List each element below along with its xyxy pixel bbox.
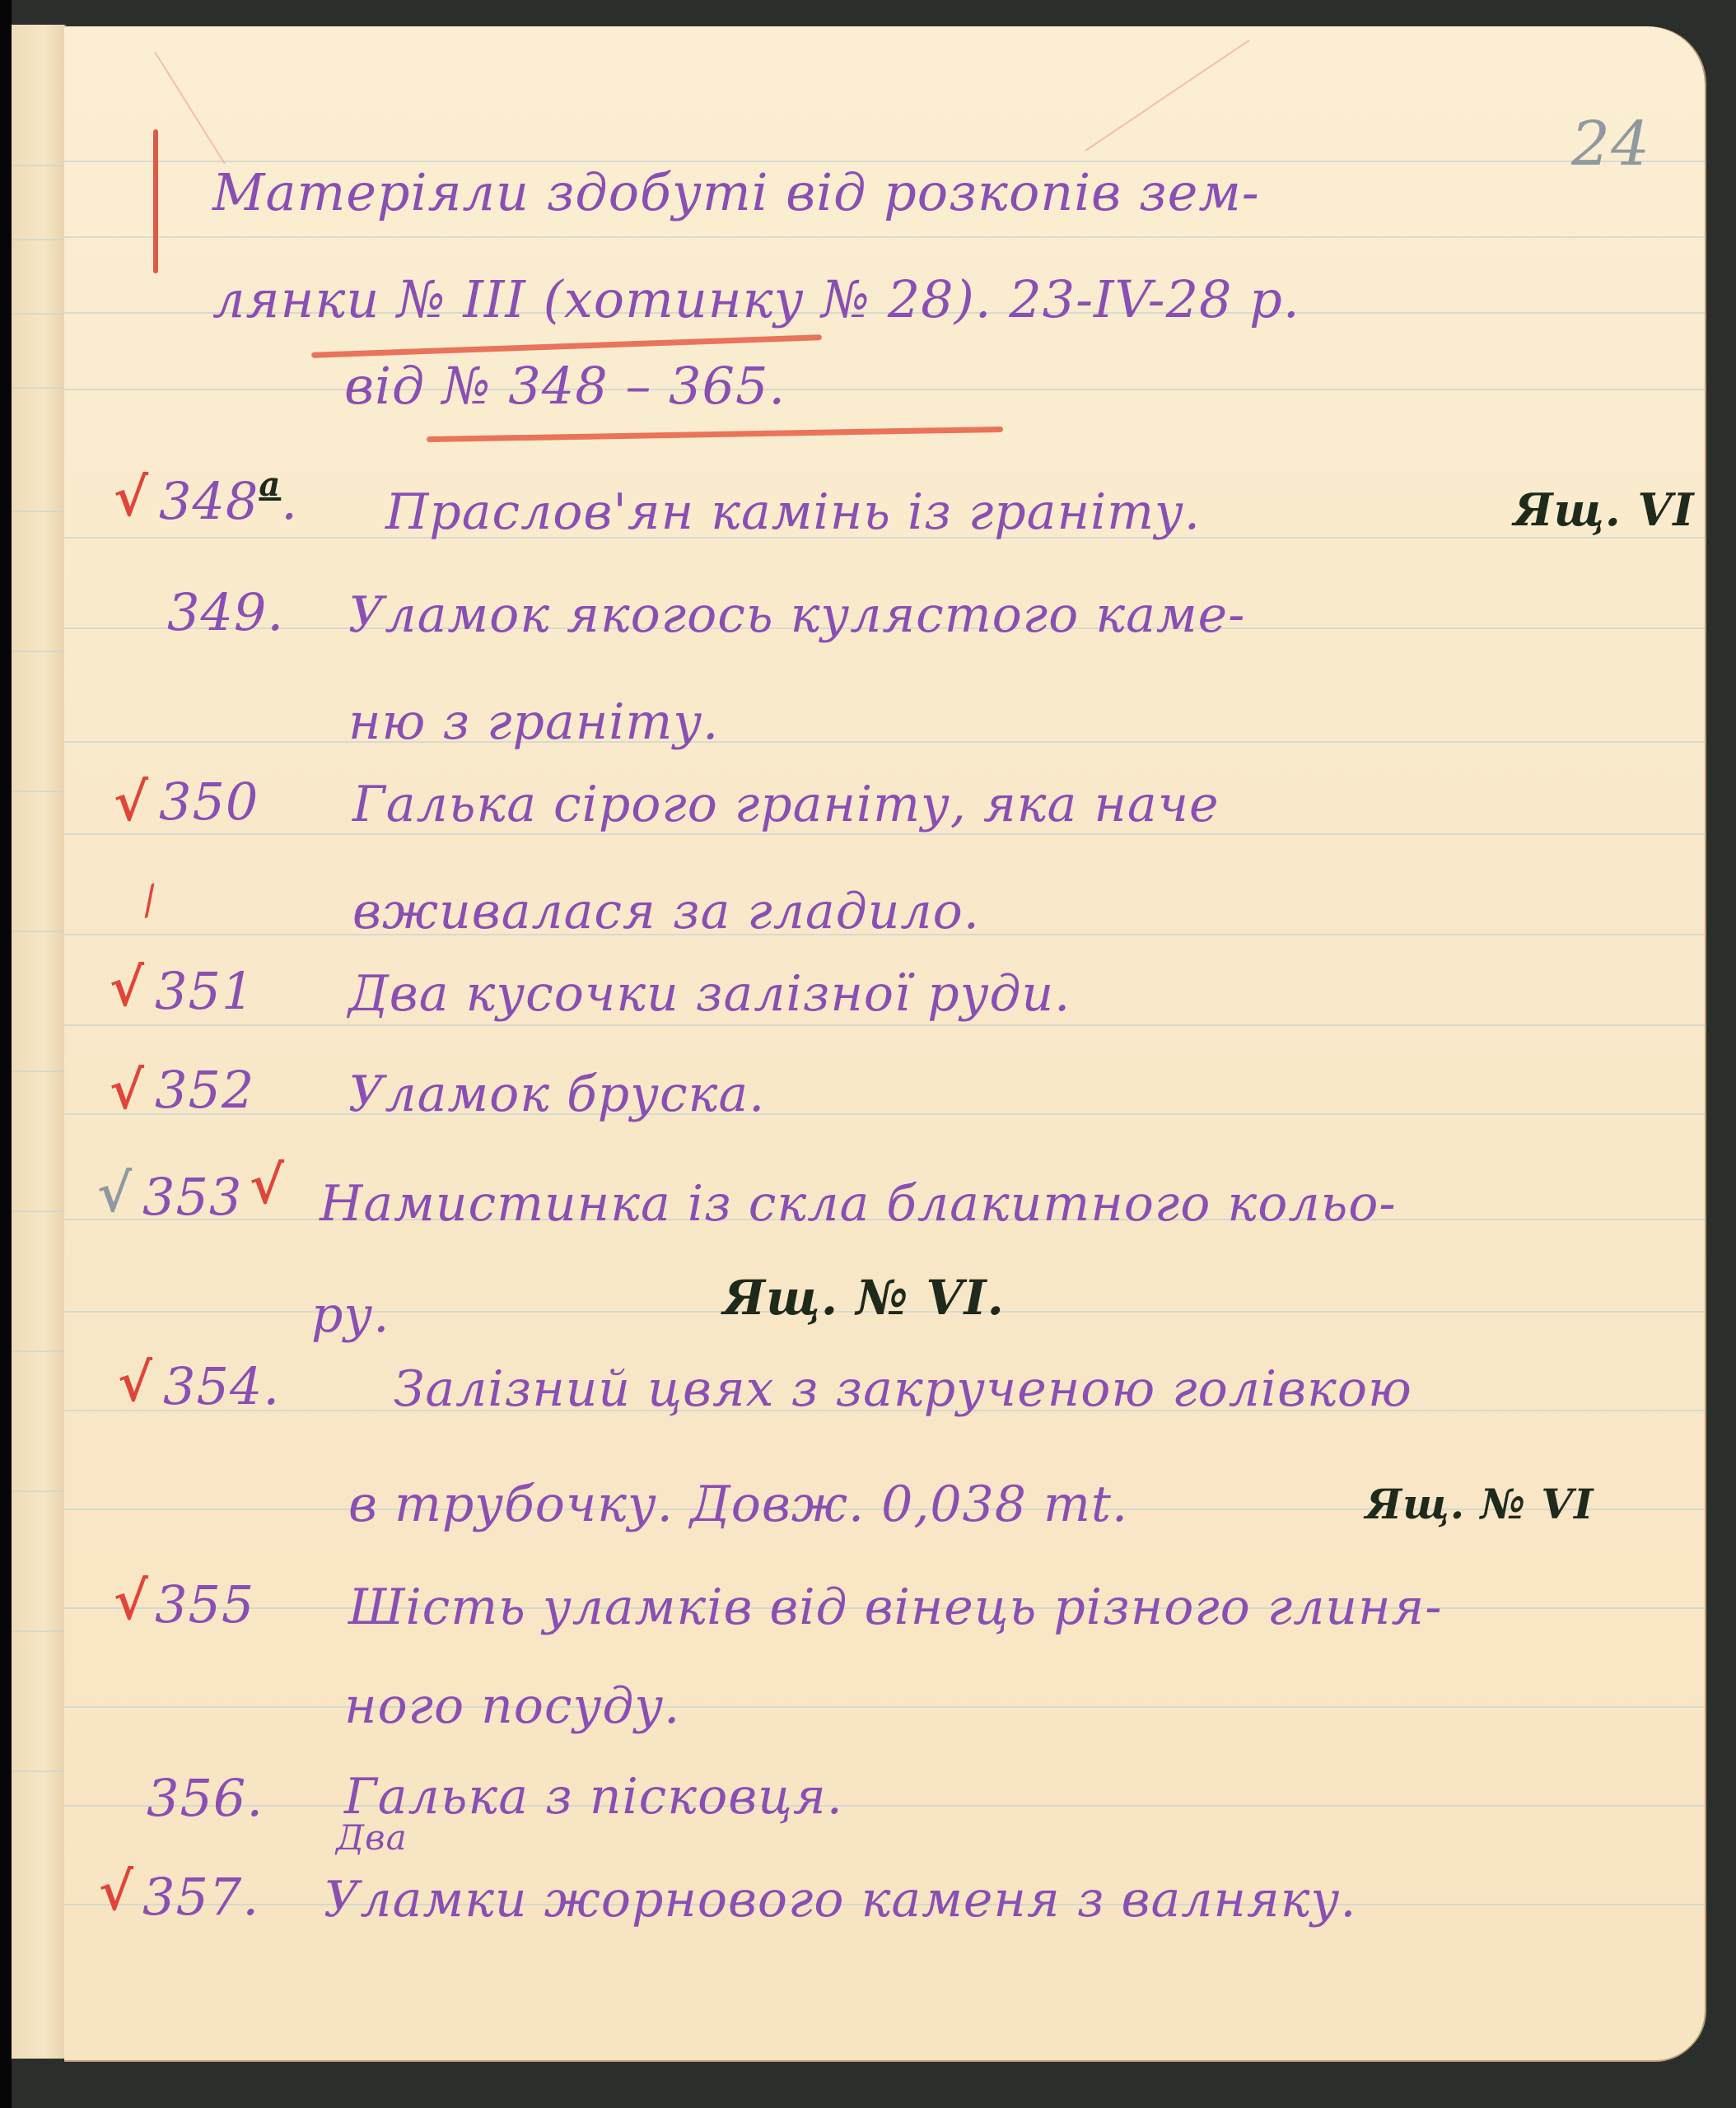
ruled-line xyxy=(12,1770,64,1772)
entry-number: 349. xyxy=(167,582,284,642)
red-margin-mark xyxy=(153,129,158,273)
scan-border xyxy=(0,0,12,2108)
ruled-line xyxy=(12,1350,64,1352)
ruled-line xyxy=(12,387,64,389)
entry-text-continued: ню з граніту. xyxy=(348,693,719,751)
box-annotation: Ящ. № VI. xyxy=(723,1270,1005,1326)
ruled-line xyxy=(64,1805,1705,1807)
entry-number: 348а. xyxy=(159,471,298,531)
red-check-icon: √ xyxy=(114,1570,149,1632)
ruled-line xyxy=(64,1706,1705,1708)
entry-number: 355 xyxy=(155,1574,254,1635)
ruled-line xyxy=(64,236,1705,238)
entry-number: 350 xyxy=(159,772,259,832)
ruled-line xyxy=(12,1630,64,1632)
red-check-icon: √ xyxy=(110,1060,145,1122)
entry-number: 357. xyxy=(142,1867,259,1927)
ruled-line xyxy=(64,1113,1705,1115)
entry-text: Уламок бруска. xyxy=(348,1066,765,1123)
ruled-line xyxy=(12,651,64,652)
red-check-icon: √ xyxy=(114,772,149,833)
entry-text: Галька з пісковця. xyxy=(344,1768,843,1826)
faint-red-stroke xyxy=(1085,40,1249,152)
entry-text: Два кусочки залізної руди. xyxy=(348,965,1071,1023)
red-check-icon: √ xyxy=(250,1154,285,1216)
entry-text: Уламок якогось кулястого каме- xyxy=(348,586,1245,644)
red-underline xyxy=(311,334,822,358)
heading-line-1: Матеріяли здобуті від розкопів зем- xyxy=(212,162,1260,222)
red-check-icon: √ xyxy=(99,1861,134,1923)
heading-line-3: від № 348 – 365. xyxy=(344,356,786,416)
entry-text-continued: ру. xyxy=(311,1286,390,1344)
box-annotation: Ящ. VI ? xyxy=(1514,483,1705,536)
entry-text: Залізний цвях з закрученою голівкою xyxy=(394,1360,1412,1418)
red-check-icon: √ xyxy=(110,957,145,1019)
red-check-icon: √ xyxy=(118,1352,153,1414)
ruled-line xyxy=(64,833,1705,835)
ruled-line xyxy=(12,790,64,792)
inserted-word: Два xyxy=(336,1817,408,1858)
entry-number: 352 xyxy=(155,1060,254,1120)
entry-text: Намистинка із скла блакитного кольо- xyxy=(320,1175,1397,1233)
faint-red-stroke xyxy=(154,51,225,164)
ruled-line xyxy=(12,511,64,512)
entry-text-continued: ного посуду. xyxy=(344,1677,680,1735)
red-check-icon: √ xyxy=(114,467,149,529)
entry-text: Шість уламків від вінець різного глиня- xyxy=(348,1579,1443,1636)
entry-number: 354. xyxy=(163,1356,280,1416)
entry-text-continued: в трубочку. Довж. 0,038 mt. xyxy=(348,1476,1128,1533)
red-tick-mark-icon: ⁄ xyxy=(139,879,162,925)
facing-page-strip xyxy=(12,25,66,2059)
entry-number: 356. xyxy=(147,1768,264,1828)
box-annotation: Ящ. № VI xyxy=(1365,1480,1594,1528)
notebook-page: 24 Матеріяли здобуті від розкопів зем- л… xyxy=(64,26,1705,2060)
entry-text: Праслов'ян камінь із граніту. xyxy=(385,483,1201,541)
ruled-line xyxy=(64,1024,1705,1026)
ruled-line xyxy=(12,1070,64,1072)
ruled-line xyxy=(12,165,64,166)
ruled-line xyxy=(64,389,1705,390)
red-underline xyxy=(427,427,1003,442)
ruled-line xyxy=(12,239,64,240)
entry-text: Галька сірого граніту, яка наче xyxy=(352,776,1219,833)
ruled-line xyxy=(12,930,64,932)
ruled-line xyxy=(12,313,64,315)
heading-line-2: лянки № III (хотинку № 28). 23-IV-28 р. xyxy=(212,269,1300,329)
ruled-line xyxy=(12,1210,64,1212)
pencil-check-icon: √ xyxy=(97,1163,133,1224)
page-number: 24 xyxy=(1571,109,1650,180)
entry-number: 351 xyxy=(155,961,254,1021)
ruled-line xyxy=(12,1490,64,1492)
entry-number: 353 xyxy=(142,1167,242,1227)
entry-text-continued: вживалася за гладило. xyxy=(352,883,980,940)
entry-text: Уламки жорнового каменя з валняку. xyxy=(324,1871,1356,1928)
ruled-line xyxy=(64,741,1705,743)
